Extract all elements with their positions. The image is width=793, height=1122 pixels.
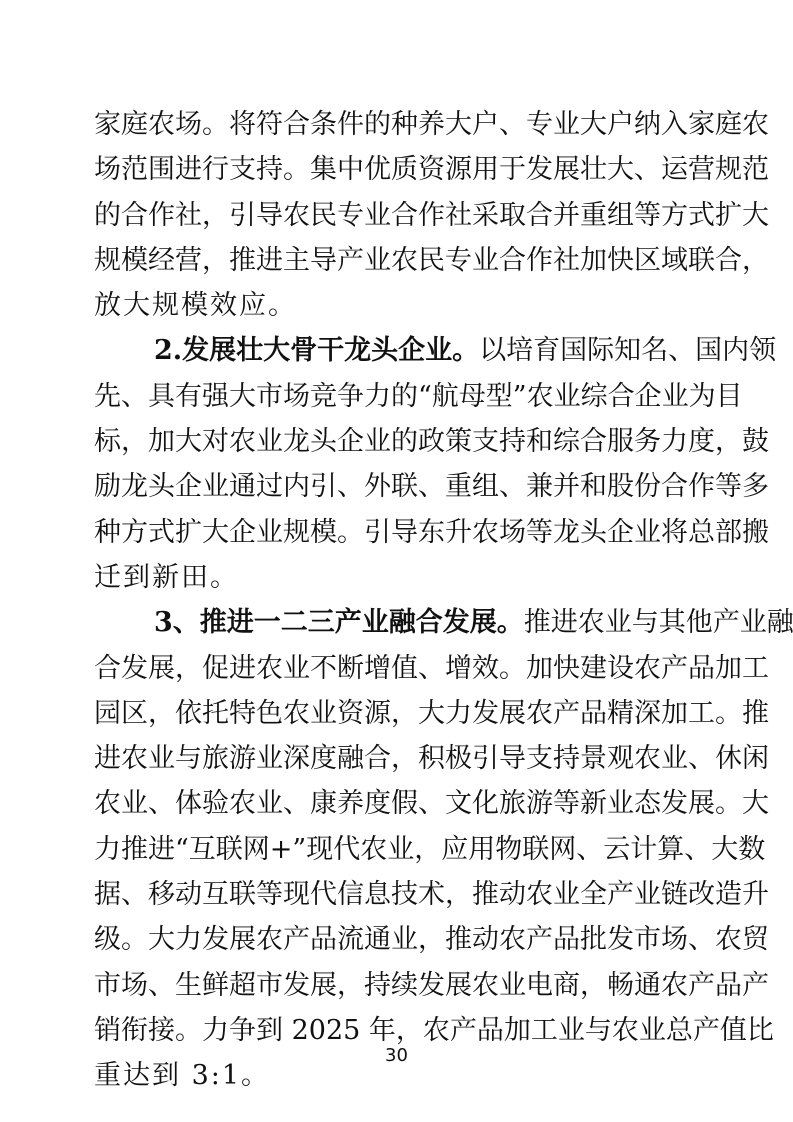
- text-line: 迁到新田。: [94, 555, 700, 600]
- text-line: 进农业与旅游业深度融合，积极引导支持景观农业、休闲: [94, 736, 700, 781]
- document-page: 家庭农场。将符合条件的种养大户、专业大户纳入家庭农 场范围进行支持。集中优质资源…: [0, 0, 793, 1122]
- text-line: 合发展，促进农业不断增值、增效。加快建设农产品加工: [94, 646, 700, 691]
- text-line: 农业、体验农业、康养度假、文化旅游等新业态发展。大: [94, 781, 700, 826]
- paragraph-first-line: 3、推进一二三产业融合发展。推进农业与其他产业融: [94, 600, 700, 645]
- text-line: 标，加大对农业龙头企业的政策支持和综合服务力度，鼓: [94, 419, 700, 464]
- text-line: 家庭农场。将符合条件的种养大户、专业大户纳入家庭农: [94, 102, 700, 147]
- text-span: 以培育国际知名、国内领: [479, 335, 776, 366]
- text-line: 市场、生鲜超市发展，持续发展农业电商，畅通农产品产: [94, 963, 700, 1008]
- text-span: 推进农业与其他产业融: [524, 607, 793, 638]
- text-line: 力推进“互联网+”现代农业，应用物联网、云计算、大数: [94, 827, 700, 872]
- paragraph-first-line: 2.发展壮大骨干龙头企业。以培育国际知名、国内领: [94, 328, 700, 373]
- text-line: 据、移动互联等现代信息技术，推动农业全产业链改造升: [94, 872, 700, 917]
- text-line: 放大规模效应。: [94, 283, 700, 328]
- text-line: 级。大力发展农产品流通业，推动农产品批发市场、农贸: [94, 917, 700, 962]
- text-line: 的合作社，引导农民专业合作社采取合并重组等方式扩大: [94, 193, 700, 238]
- body-text: 家庭农场。将符合条件的种养大户、专业大户纳入家庭农 场范围进行支持。集中优质资源…: [94, 102, 700, 1099]
- text-line: 规模经营，推进主导产业农民专业合作社加快区域联合，: [94, 238, 700, 283]
- page-number: 30: [0, 1045, 793, 1066]
- text-line: 先、具有强大市场竞争力的“航母型”农业综合企业为目: [94, 374, 700, 419]
- text-line: 场范围进行支持。集中优质资源用于发展壮大、运营规范: [94, 147, 700, 192]
- text-line: 励龙头企业通过内引、外联、重组、兼并和股份合作等多: [94, 464, 700, 509]
- text-line: 园区，依托特色农业资源，大力发展农产品精深加工。推: [94, 691, 700, 736]
- section-heading: 3、推进一二三产业融合发展。: [154, 607, 524, 638]
- text-line: 种方式扩大企业规模。引导东升农场等龙头企业将总部搬: [94, 510, 700, 555]
- section-heading: 2.发展壮大骨干龙头企业。: [154, 335, 479, 366]
